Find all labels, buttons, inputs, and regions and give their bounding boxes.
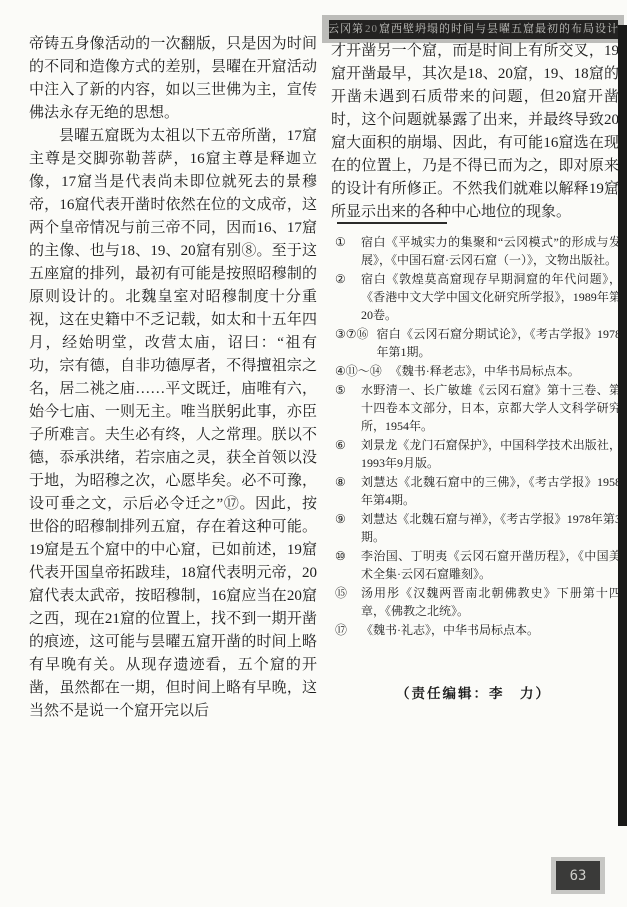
footnote-item: ⑤ 水野清一、长广敏雄《云冈石窟》第十三卷、第十四卷本文部分，日本，京都大学人文… bbox=[335, 381, 621, 435]
footnote-item: ⑩ 李治国、丁明夷《云冈石窟开凿历程》，《中国美术全集·云冈石窟雕刻》。 bbox=[335, 547, 621, 583]
footnote-marker: ⑰ bbox=[335, 621, 353, 639]
footnote-text: 《魏书·礼志》，中华书局标点本。 bbox=[361, 621, 621, 639]
footnote-text: 刘景龙《龙门石窟保护》，中国科学技术出版社，1993年9月版。 bbox=[361, 436, 621, 472]
footnote-marker: ⑨ bbox=[335, 510, 353, 546]
scanned-journal-page: 云冈第 20 窟西壁坍塌的时间与昙曜五窟最初的布局设计 帝铸五身像活动的一次翻版… bbox=[0, 0, 627, 907]
footnote-marker: ⑥ bbox=[335, 436, 353, 472]
footnote-marker: ⑮ bbox=[335, 584, 353, 620]
footnote-item: ⑮ 汤用彤《汉魏两晋南北朝佛教史》下册第十四章，《佛教之北统》。 bbox=[335, 584, 621, 620]
footnote-item: ⑧ 刘慧达《北魏石窟中的三佛》，《考古学报》1958年第4期。 bbox=[335, 473, 621, 509]
footnote-marker: ⑤ bbox=[335, 381, 353, 435]
footnote-item: ⑨ 刘慧达《北魏石窟与禅》，《考古学报》1978年第3期。 bbox=[335, 510, 621, 546]
running-title-cave-number: 20 bbox=[364, 20, 379, 39]
right-text-column: 才开凿另一个窟，而是时间上有所交叉，19窟开凿最早，其次是18、20窟，19、1… bbox=[331, 40, 619, 224]
footnote-text: 刘慧达《北魏石窟与禅》，《考古学报》1978年第3期。 bbox=[361, 510, 621, 546]
footnote-marker: ④⑪～⑭ bbox=[335, 362, 382, 380]
page-number: 63 bbox=[556, 861, 600, 890]
footnote-text: 宿白《平城实力的集聚和“云冈模式”的形成与发展》，《中国石窟·云冈石窟（一）》，… bbox=[361, 233, 621, 269]
footnote-divider bbox=[337, 222, 447, 224]
footnote-item: ② 宿白《敦煌莫高窟现存早期洞窟的年代问题》，《香港中文大学中国文化研究所学报》… bbox=[335, 270, 621, 324]
footnote-item: ① 宿白《平城实力的集聚和“云冈模式”的形成与发展》，《中国石窟·云冈石窟（一）… bbox=[335, 233, 621, 269]
footnote-text: 李治国、丁明夷《云冈石窟开凿历程》，《中国美术全集·云冈石窟雕刻》。 bbox=[361, 547, 621, 583]
footnote-item: ⑥ 刘景龙《龙门石窟保护》，中国科学技术出版社，1993年9月版。 bbox=[335, 436, 621, 472]
footnote-text: 《魏书·释老志》，中华书局标点本。 bbox=[390, 362, 621, 380]
running-title-prefix: 云冈第 bbox=[328, 20, 364, 39]
body-paragraph: 昙曜五窟既为太祖以下五帝所凿，17窟主尊是交脚弥勒菩萨，16窟主尊是释迦立像，1… bbox=[29, 125, 317, 723]
running-title-banner: 云冈第 20 窟西壁坍塌的时间与昙曜五窟最初的布局设计 bbox=[329, 20, 618, 39]
footnote-item: ③⑦⑯ 宿白《云冈石窟分期试论》，《考古学报》1978年第1期。 bbox=[335, 325, 621, 361]
running-title-suffix: 窟西壁坍塌的时间与昙曜五窟最初的布局设计 bbox=[379, 20, 619, 39]
footnote-marker: ⑧ bbox=[335, 473, 353, 509]
footnote-marker: ③⑦⑯ bbox=[335, 325, 369, 361]
footnote-text: 宿白《云冈石窟分期试论》，《考古学报》1978年第1期。 bbox=[377, 325, 621, 361]
footnote-marker: ② bbox=[335, 270, 353, 324]
footnote-item: ④⑪～⑭ 《魏书·释老志》，中华书局标点本。 bbox=[335, 362, 621, 380]
editor-note: （责任编辑：李 力） bbox=[330, 682, 617, 702]
body-paragraph: 才开凿另一个窟，而是时间上有所交叉，19窟开凿最早，其次是18、20窟，19、1… bbox=[331, 40, 619, 224]
left-text-column: 帝铸五身像活动的一次翻版，只是因为时间的不同和造像方式的差别，昙曜在开窟活动中注… bbox=[29, 33, 317, 685]
body-paragraph: 帝铸五身像活动的一次翻版，只是因为时间的不同和造像方式的差别，昙曜在开窟活动中注… bbox=[29, 33, 317, 125]
footnote-list: ① 宿白《平城实力的集聚和“云冈模式”的形成与发展》，《中国石窟·云冈石窟（一）… bbox=[335, 233, 621, 640]
footnote-text: 水野清一、长广敏雄《云冈石窟》第十三卷、第十四卷本文部分，日本，京都大学人文科学… bbox=[361, 381, 621, 435]
footnote-text: 宿白《敦煌莫高窟现存早期洞窟的年代问题》，《香港中文大学中国文化研究所学报》，1… bbox=[361, 270, 621, 324]
footnote-text: 汤用彤《汉魏两晋南北朝佛教史》下册第十四章，《佛教之北统》。 bbox=[361, 584, 621, 620]
footnote-text: 刘慧达《北魏石窟中的三佛》，《考古学报》1958年第4期。 bbox=[361, 473, 621, 509]
page-number-frame: 63 bbox=[551, 857, 605, 894]
footnote-marker: ⑩ bbox=[335, 547, 353, 583]
footnote-marker: ① bbox=[335, 233, 353, 269]
footnote-item: ⑰ 《魏书·礼志》，中华书局标点本。 bbox=[335, 621, 621, 639]
